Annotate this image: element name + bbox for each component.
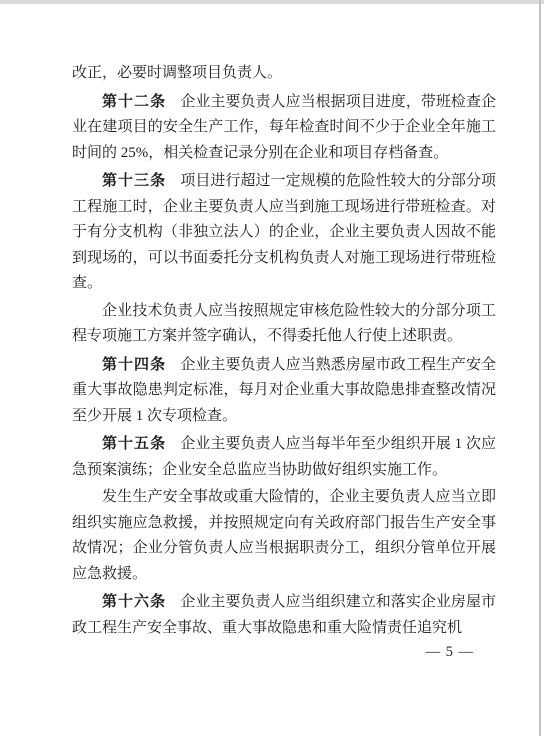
article-number: 第十五条	[102, 435, 166, 452]
scanned-document-page: { "page": { "number_label": "— 5 —" }, "…	[0, 0, 544, 736]
paragraph-text: 项目进行超过一定规模的危险性较大的分部分项工程施工时，企业主要负责人应当到施工现…	[72, 173, 496, 291]
paragraph: 企业技术负责人应当按照规定审核危险性较大的分部分项工程专项施工方案并签字确认，不…	[72, 299, 496, 350]
scan-edge-right-line	[539, 0, 541, 736]
scan-edge-top	[0, 0, 544, 4]
paragraph-text: 企业技术负责人应当按照规定审核危险性较大的分部分项工程专项施工方案并签字确认，不…	[72, 303, 496, 345]
paragraph: 改正，必要时调整项目负责人。	[72, 61, 496, 87]
paragraph: 发生生产安全事故或重大险情的，企业主要负责人应当立即组织实施应急救援，并按照规定…	[72, 485, 496, 587]
article-number: 第十六条	[102, 593, 166, 610]
paragraph: 第十二条企业主要负责人应当根据项目进度，带班检查企业在建项目的安全生产工作，每年…	[72, 89, 496, 167]
document-body: 改正，必要时调整项目负责人。第十二条企业主要负责人应当根据项目进度，带班检查企业…	[72, 61, 496, 643]
paragraph: 第十五条企业主要负责人应当每半年至少组织开展 1 次应急预案演练；企业安全总监应…	[72, 431, 496, 483]
paragraph: 第十六条企业主要负责人应当组织建立和落实企业房屋市政工程生产安全事故、重大事故隐…	[72, 589, 496, 641]
paragraph-text: 改正，必要时调整项目负责人。	[72, 65, 282, 81]
page-number: — 5 —	[426, 644, 475, 661]
paragraph: 第十三条项目进行超过一定规模的危险性较大的分部分项工程施工时，企业主要负责人应当…	[72, 168, 496, 297]
paragraph: 第十四条企业主要负责人应当熟悉房屋市政工程生产安全重大事故隐患判定标准，每月对企…	[72, 352, 496, 430]
article-number: 第十四条	[102, 356, 166, 373]
article-number: 第十二条	[102, 93, 166, 110]
article-number: 第十三条	[102, 172, 166, 189]
paragraph-text: 发生生产安全事故或重大险情的，企业主要负责人应当立即组织实施应急救援，并按照规定…	[72, 489, 496, 582]
